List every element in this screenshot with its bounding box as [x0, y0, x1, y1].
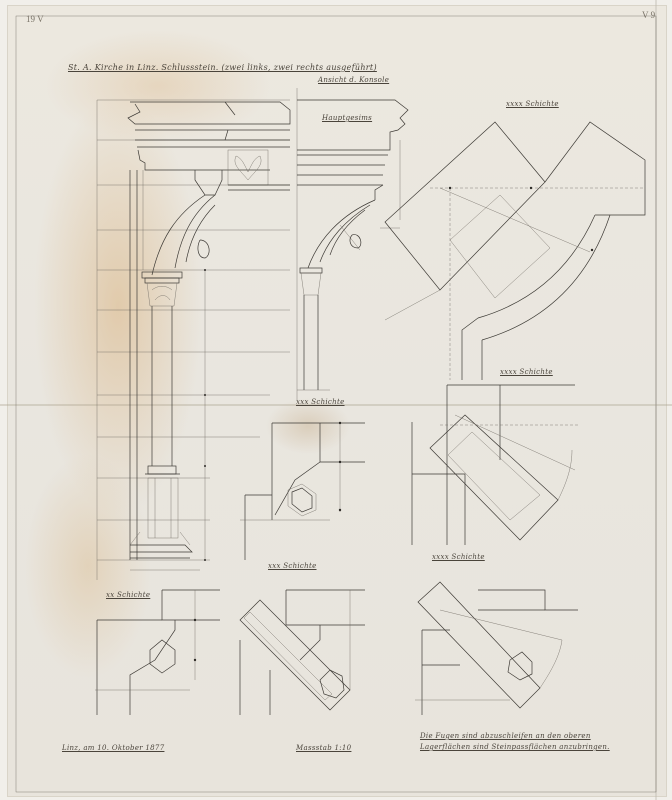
drawing-title: St. A. Kirche in Linz. Schlussstein. (zw…: [68, 63, 377, 72]
label-footer-note-1: Die Fugen sind abzuschleifen an den ober…: [420, 732, 591, 740]
label-course-bottom-left: xx Schichte: [106, 591, 150, 599]
label-course-bottom-center: xxx Schichte: [268, 562, 317, 570]
plan-mid-right: [412, 385, 580, 545]
label-main-profile: Hauptgesims: [322, 114, 372, 122]
label-footer-date: Linz, am 10. Oktober 1877: [62, 744, 164, 752]
column-elevation: [128, 102, 290, 570]
label-footer-note-2: Lagerflächen sind Steinpassflächen anzub…: [420, 743, 610, 751]
label-footer-scale: Massstab 1:10: [296, 744, 351, 752]
label-course-center: xxx Schichte: [296, 398, 345, 406]
plan-bottom-left: [95, 590, 220, 715]
bracket-section: [297, 88, 408, 400]
left-dimension-strip: [97, 100, 290, 580]
label-course-mid-right-top: xxxx Schichte: [500, 368, 553, 376]
plan-bottom-right: [415, 582, 578, 715]
label-course-mid-right-bottom: xxxx Schichte: [432, 553, 485, 561]
label-elevation: Ansicht d. Konsole: [318, 76, 389, 84]
plan-top-right: [385, 122, 645, 380]
plan-center: [240, 422, 365, 560]
plan-bottom-center: [240, 590, 365, 715]
label-course-top-right: xxxx Schichte: [506, 100, 559, 108]
